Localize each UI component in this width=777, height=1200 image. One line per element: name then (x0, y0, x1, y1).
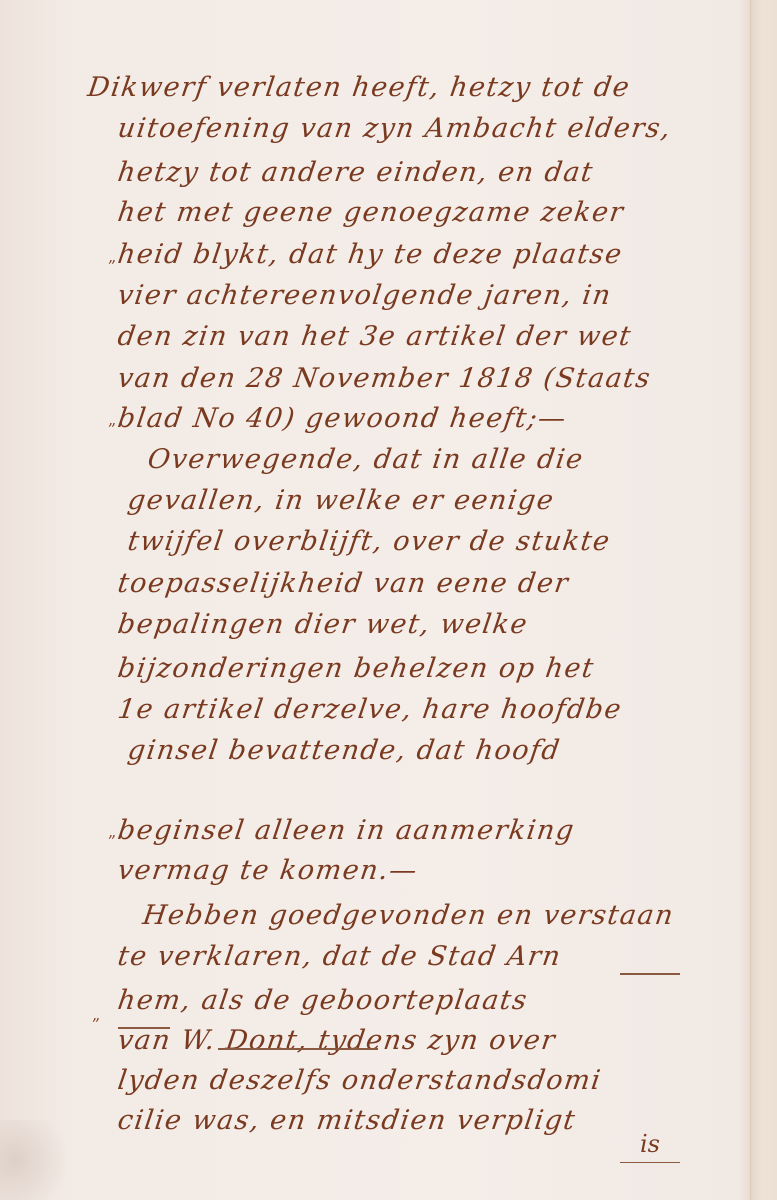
text-line: Overwegende, dat in alle die (146, 444, 586, 475)
text-line: het met geene genoegzame zeker (116, 197, 626, 228)
text-line: uitoefening van zyn Ambacht elders, (116, 113, 674, 144)
text-line: ginsel bevattende, dat hoofd (126, 735, 563, 766)
text-line: hetzy tot andere einden, en dat (116, 157, 596, 188)
text-line: Hebben goedgevonden en verstaan (141, 900, 676, 931)
text-line: van den 28 November 1818 (Staats (116, 363, 653, 394)
margin-quote-mark: „ (108, 247, 116, 266)
underline-arn (620, 973, 680, 975)
text-line: toepasselijkheid van eene der (116, 568, 571, 599)
text-line: 1e artikel derzelve, hare hoofdbe (116, 694, 624, 725)
text-line: hem, als de geboorteplaats (116, 985, 530, 1016)
underline-w-dont (218, 1048, 378, 1050)
underline-hem (118, 1027, 170, 1029)
page-edge (750, 0, 777, 1200)
text-line: van W. Dont, tydens zyn over (116, 1025, 558, 1056)
catchword: is (620, 1130, 680, 1163)
margin-quote-mark: „ (108, 822, 116, 841)
text-line: beginsel alleen in aanmerking (116, 815, 577, 846)
margin-quote-mark: „ (92, 1005, 100, 1024)
text-line: den zin van het 3e artikel der wet (116, 321, 634, 352)
text-line: vermag te komen.— (116, 855, 420, 886)
text-line: lyden deszelfs onderstandsdomi (116, 1065, 604, 1096)
text-line: vier achtereenvolgende jaren, in (116, 280, 614, 311)
text-line: twijfel overblijft, over de stukte (126, 526, 613, 557)
text-line: heid blykt, dat hy te deze plaatse (116, 239, 625, 270)
text-line: bepalingen dier wet, welke (116, 609, 530, 640)
manuscript-page: Dikwerf verlaten heeft, hetzy tot de uit… (0, 0, 777, 1200)
text-line: te verklaren, dat de Stad Arn (116, 941, 564, 972)
text-line: Dikwerf verlaten heeft, hetzy tot de (86, 72, 633, 103)
paper-stain (0, 1120, 80, 1200)
text-line: gevallen, in welke er eenige (126, 485, 557, 516)
margin-quote-mark: „ (108, 410, 116, 429)
text-line: bijzonderingen behelzen op het (116, 653, 597, 684)
text-line: blad No 40) gewoond heeft;— (116, 403, 569, 434)
text-line: cilie was, en mitsdien verpligt (116, 1105, 578, 1136)
